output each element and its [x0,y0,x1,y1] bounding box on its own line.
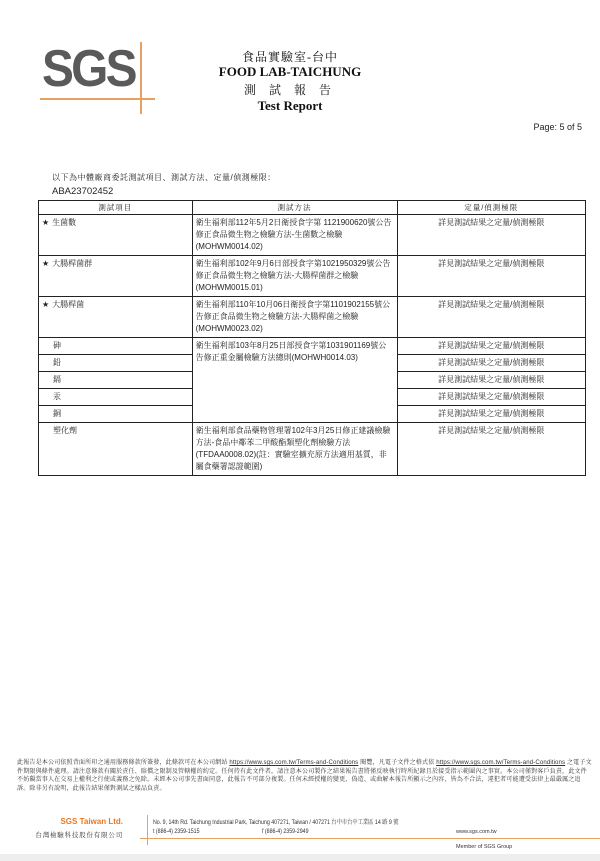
star-icon: ★ [42,259,49,268]
test-item: 汞 [39,389,193,406]
lab-name-en: FOOD LAB-TAICHUNG [0,64,590,80]
company-website[interactable]: www.sgs.com.tw [456,829,497,835]
terms-link-2[interactable]: https://www.sgs.com.tw/Terms-and-Conditi… [436,759,565,766]
test-limit: 詳見測試結果之定量/偵測極限 [397,338,586,355]
footer-horizontal-rule [140,838,600,839]
table-header-row: 測試項目 測試方法 定量/偵測極限 [39,201,586,215]
test-limit: 詳見測試結果之定量/偵測極限 [397,406,586,423]
test-limit: 詳見測試結果之定量/偵測極限 [397,215,586,256]
test-limit: 詳見測試結果之定量/偵測極限 [397,389,586,406]
company-telephone: t (886-4) 2359-1515 [153,828,199,835]
test-item: 銅 [39,406,193,423]
test-item: ★大腸桿菌群 [39,256,193,297]
test-limit: 詳見測試結果之定量/偵測極限 [397,256,586,297]
test-limit: 詳見測試結果之定量/偵測極限 [397,372,586,389]
table-row: ★大腸桿菌群 衛生福利部102年9月6日部授食字第1021950329號公告修正… [39,256,586,297]
test-methods-table: 測試項目 測試方法 定量/偵測極限 ★生菌數 衛生福利部112年5月2日衛授食字… [38,200,586,476]
column-header-method: 測試方法 [192,201,397,215]
lab-name-zh: 食品實驗室-台中 [0,48,590,65]
test-method: 衛生福利部102年9月6日部授食字第1021950329號公告修正食品微生物之檢… [192,256,397,297]
footer-vertical-rule [147,815,148,845]
table-row: 砷 衛生福利部103年8月25日部授食字第1031901169號公告修正重金屬檢… [39,338,586,355]
test-method: 衛生福利部112年5月2日衛授食字第 1121900620號公告修正食品微生物之… [192,215,397,256]
company-name-en: SGS Taiwan Ltd. [0,817,123,826]
table-row: ★生菌數 衛生福利部112年5月2日衛授食字第 1121900620號公告修正食… [39,215,586,256]
table-row: ★大腸桿菌 衛生福利部110年10月06日衛授食字第1101902155號公告修… [39,297,586,338]
company-name-zh: 台灣檢驗科技股份有限公司 [0,830,123,839]
test-item: 鉛 [39,355,193,372]
bottom-band [0,854,600,861]
member-of-sgs-group: Member of SGS Group [456,844,512,850]
test-limit: 詳見測試結果之定量/偵測極限 [397,297,586,338]
column-header-limit: 定量/偵測極限 [397,201,586,215]
test-item: ★大腸桿菌 [39,297,193,338]
test-limit: 詳見測試結果之定量/偵測極限 [397,355,586,372]
test-method: 衛生福利部110年10月06日衛授食字第1101902155號公告修正食品微生物… [192,297,397,338]
table-row: 塑化劑 衛生福利部食品藥物管理署102年3月25日修正建議檢驗方法-食品中鄰苯二… [39,423,586,476]
column-header-item: 測試項目 [39,201,193,215]
terms-disclaimer: 此報告是本公司依照背面所印之通用服務條款所簽發，此條款可在本公司網站 https… [17,759,593,793]
report-title-en: Test Report [0,98,590,114]
intro-text: 以下為中體廠商委託測試項目、測試方法、定量/偵測極限： [52,172,276,183]
report-title-zh: 測 試 報 告 [0,81,590,98]
company-fax: f (886-4) 2359-2949 [262,828,308,835]
test-method: 衛生福利部食品藥物管理署102年3月25日修正建議檢驗方法-食品中鄰苯二甲酸酯類… [192,423,397,476]
test-item: 砷 [39,338,193,355]
page-number: Page: 5 of 5 [533,122,582,132]
test-item: ★生菌數 [39,215,193,256]
report-number: ABA23702452 [52,186,113,197]
test-method: 衛生福利部103年8月25日部授食字第1031901169號公告修正重金屬檢驗方… [192,338,397,423]
test-report-page: SGS 食品實驗室-台中 FOOD LAB-TAICHUNG 測 試 報 告 T… [0,0,600,861]
test-item: 鎘 [39,372,193,389]
test-item: 塑化劑 [39,423,193,476]
star-icon: ★ [42,218,49,227]
star-icon: ★ [42,300,49,309]
terms-link[interactable]: https://www.sgs.com.tw/Terms-and-Conditi… [229,759,358,766]
company-address: No. 9, 14th Rd. Taichung Industrial Park… [153,817,399,826]
test-limit: 詳見測試結果之定量/偵測極限 [397,423,586,476]
